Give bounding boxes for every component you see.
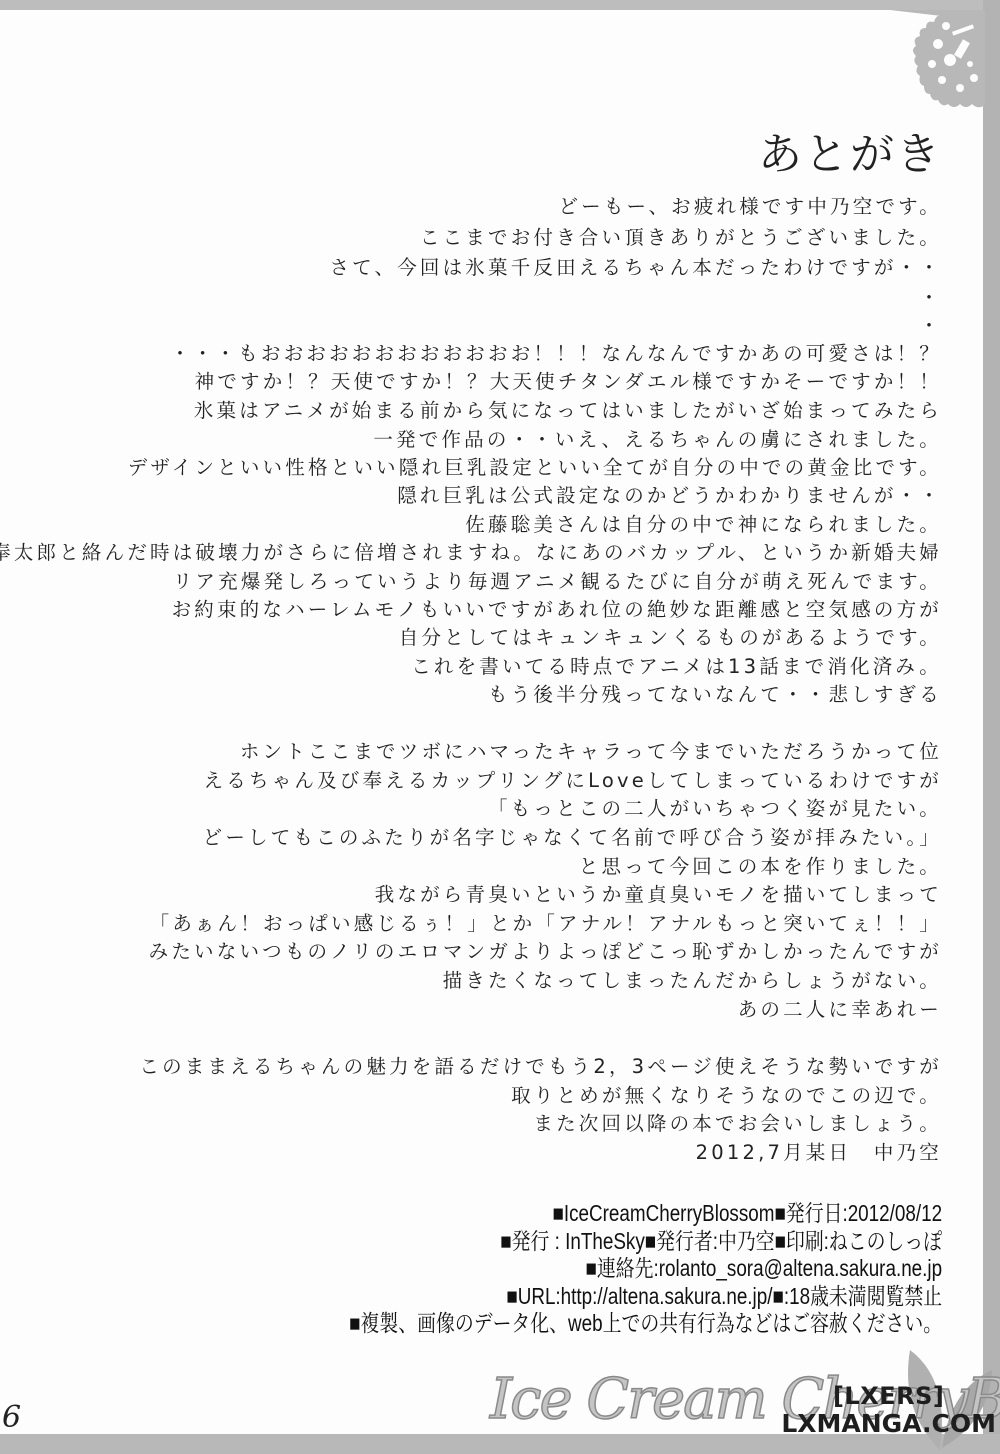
body-line: 佐藤聡美さんは自分の中で神になられました。 bbox=[465, 509, 942, 537]
body-line: リア充爆発しろっていうより毎週アニメ観るたびに自分が萌え死んでます。 bbox=[173, 566, 942, 594]
body-line: お約束的なハーレムモノもいいですがあれ位の絶妙な距離感と空気感の方が bbox=[172, 594, 942, 622]
body-line: どーしてもこのふたりが名字じゃなくて名前で呼び合う姿が拝みたい。」 bbox=[203, 822, 942, 850]
body-line: 氷菓はアニメが始まる前から気になってはいましたがいざ始まってみたら bbox=[194, 395, 942, 423]
page-frame-right bbox=[983, 0, 1000, 1454]
body-line: どーもー、お疲れ様です中乃空です。 bbox=[558, 191, 942, 219]
body-line: みたいないつものノリのエロマンガよりよっぽどこっ恥ずかしかったんですが bbox=[149, 936, 942, 964]
body-line: 一発で作品の・・いえ、えるちゃんの虜にされました。 bbox=[373, 424, 942, 452]
colophon-line: ■発行 : InTheSky■発行者:中乃空■印刷:ねこのしっぽ bbox=[349, 1228, 942, 1256]
watermark-site: LXMANGA.COM bbox=[781, 1410, 996, 1438]
body-line: 奉太郎と絡んだ時は破壊力がさらに倍増されますね。なにあのバカップル、というか新婚… bbox=[0, 537, 942, 565]
body-line: 描きたくなってしまったんだからしょうがない。 bbox=[443, 965, 942, 993]
body-line: ・ bbox=[919, 310, 942, 338]
body-line: 隠れ巨乳は公式設定なのかどうかわかりませんが・・ bbox=[397, 480, 942, 508]
body-line: 自分としてはキュンキュンくるものがあるようです。 bbox=[399, 622, 942, 650]
colophon: ■IceCreamCherryBlossom■発行日:2012/08/12■発行… bbox=[219, 1200, 942, 1338]
body-line: 「もっとこの二人がいちゃつく姿が見たい。 bbox=[488, 793, 942, 821]
body-line: 2012,7月某日 中乃空 bbox=[696, 1137, 942, 1165]
page-title: あとがき bbox=[758, 118, 942, 182]
colophon-line: ■URL:http://altena.sakura.ne.jp/■:18歳未満閲… bbox=[349, 1283, 942, 1311]
site-watermark: [LXERS] LXMANGA.COM bbox=[781, 1382, 996, 1438]
body-line: ・ bbox=[919, 282, 942, 310]
body-line: ・・・もおおおおおおおおおおおお！！！なんなんですかあの可愛さは！？ bbox=[170, 338, 942, 366]
body-line: また次回以降の本でお会いしましょう。 bbox=[533, 1108, 942, 1136]
body-line: と思って今回この本を作りました。 bbox=[579, 851, 942, 879]
body-line: これを書いてる時点でアニメは13話まで消化済み。 bbox=[411, 651, 942, 679]
body-line: 取りとめが無くなりそうなのでこの辺で。 bbox=[511, 1080, 942, 1108]
body-line: ホントここまでツボにハマったキャラって今までいただろうかって位 bbox=[240, 736, 942, 764]
body-line: 我ながら青臭いというか童貞臭いモノを描いてしまって bbox=[375, 879, 942, 907]
body-line: 神ですか！？天使ですか！？大天使チタンダエル様ですかそーですか！！ bbox=[195, 366, 942, 394]
page-frame-top bbox=[0, 0, 1000, 10]
body-line: ここまでお付き合い頂きありがとうございました。 bbox=[420, 222, 942, 250]
body-line: 「あぁん！おっぱい感じるぅ！」とか「アナル！アナルもっと突いてぇ！！」 bbox=[150, 908, 942, 936]
watermark-group-tag: [LXERS] bbox=[781, 1382, 996, 1410]
colophon-line: ■連絡先:rolanto_sora@altena.sakura.ne.jp bbox=[349, 1255, 942, 1283]
lace-corner-ornament-icon bbox=[880, 0, 990, 110]
body-line: あの二人に幸あれー bbox=[738, 994, 942, 1022]
page-number: 6 bbox=[2, 1400, 21, 1435]
colophon-line: ■IceCreamCherryBlossom■発行日:2012/08/12 bbox=[349, 1200, 942, 1228]
body-line: もう後半分残ってないなんて・・悲しすぎる bbox=[488, 679, 942, 707]
body-line: デザインといい性格といい隠れ巨乳設定といい全てが自分の中での黄金比です。 bbox=[128, 452, 942, 480]
body-line: えるちゃん及び奉えるカップリングにLoveしてしまっているわけですが bbox=[204, 765, 942, 793]
body-line: さて、今回は氷菓千反田えるちゃん本だったわけですが・・ bbox=[329, 252, 942, 280]
body-line: このままえるちゃんの魅力を語るだけでもう2，3ページ使えそうな勢いですが bbox=[139, 1051, 942, 1079]
colophon-line: ■複製、画像のデータ化、web上での共有行為などはご容赦ください。 bbox=[349, 1310, 942, 1338]
